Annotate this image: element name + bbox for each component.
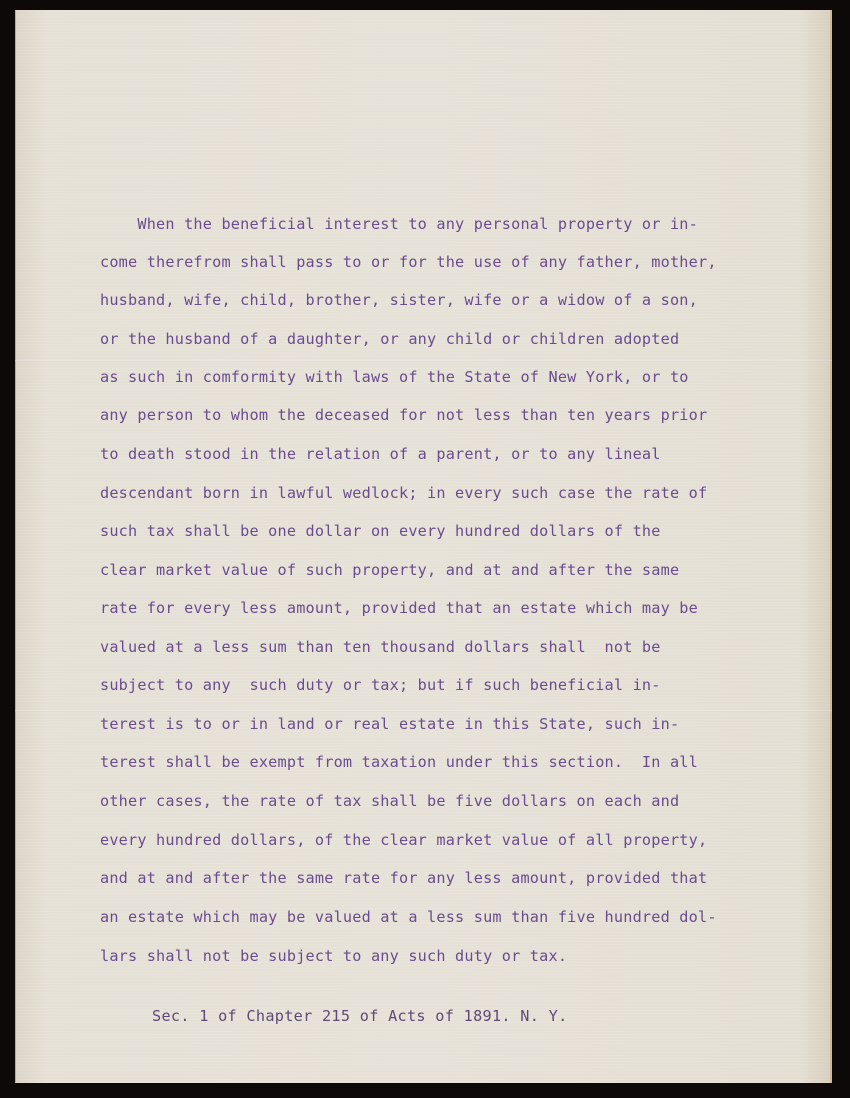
text-line: clear market value of such property, and…: [100, 560, 679, 580]
text-line: every hundred dollars, of the clear mark…: [100, 830, 707, 850]
text-line: lars shall not be subject to any such du…: [100, 946, 567, 966]
paper-fold-line: [15, 360, 832, 362]
text-line: and at and after the same rate for any l…: [100, 868, 707, 888]
text-line: such tax shall be one dollar on every hu…: [100, 521, 661, 541]
text-line: an estate which may be valued at a less …: [100, 907, 717, 927]
paper-fold-line: [15, 710, 832, 712]
text-line: other cases, the rate of tax shall be fi…: [100, 791, 679, 811]
text-line: terest is to or in land or real estate i…: [100, 714, 679, 734]
text-line: any person to whom the deceased for not …: [100, 405, 707, 425]
text-line: or the husband of a daughter, or any chi…: [100, 329, 679, 349]
text-line: subject to any such duty or tax; but if …: [100, 675, 661, 695]
text-line: descendant born in lawful wedlock; in ev…: [100, 483, 707, 503]
statute-citation: Sec. 1 of Chapter 215 of Acts of 1891. N…: [152, 1007, 568, 1025]
text-line: rate for every less amount, provided tha…: [100, 598, 698, 618]
text-line: husband, wife, child, brother, sister, w…: [100, 290, 698, 310]
text-line: come therefrom shall pass to or for the …: [100, 252, 717, 272]
text-line: When the beneficial interest to any pers…: [100, 214, 698, 234]
text-line: valued at a less sum than ten thousand d…: [100, 637, 661, 657]
text-line: terest shall be exempt from taxation und…: [100, 752, 698, 772]
text-line: to death stood in the relation of a pare…: [100, 444, 661, 464]
text-line: as such in comformity with laws of the S…: [100, 367, 689, 387]
